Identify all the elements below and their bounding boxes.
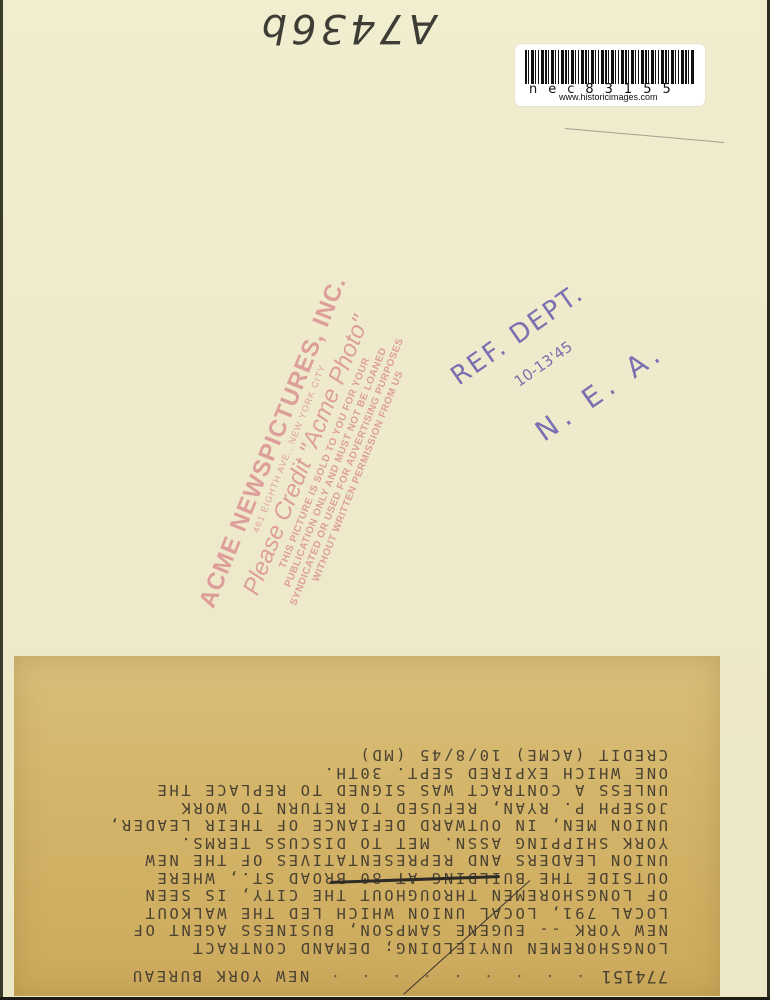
barcode-url: www.historicimages.com	[559, 92, 658, 102]
caption-header: 774151 · · · · · · · · · NEW YORK BUREAU	[48, 966, 668, 986]
caption-line: CREDIT (ACME) 10/8/45 (MD)	[48, 746, 668, 764]
barcode-icon	[525, 50, 695, 84]
caption-line: YORK SHIPPING ASSN. MET TO DISCUSS TERMS…	[48, 834, 668, 852]
pencil-line	[565, 128, 724, 143]
caption-line: JOSEPH P. RYAN, REFUSED TO RETURN TO WOR…	[48, 799, 668, 817]
caption-line: LOCAL 791, LOCAL UNION WHICH LED THE WAL…	[48, 904, 668, 922]
caption-line: LONGSHOREMEN UNYIELDING; DEMAND CONTRACT	[48, 939, 668, 957]
photo-back-paper: A7436b nec83155 www.historicimages.com A…	[0, 0, 770, 1000]
handwritten-id: A7436b	[252, 4, 442, 52]
caption-line: ONE WHICH EXPIRED SEPT. 30TH.	[48, 764, 668, 782]
caption-dots: · · · · · · · · ·	[309, 967, 600, 985]
caption-line: NEW YORK -- EUGENE SAMPSON, BUSINESS AGE…	[48, 921, 668, 939]
caption-body: LONGSHOREMEN UNYIELDING; DEMAND CONTRACT…	[48, 746, 668, 956]
ref-dept-stamp: REF. DEPT. 10-13'45 N. E. A.	[440, 270, 680, 440]
caption-sheet: 774151 · · · · · · · · · NEW YORK BUREAU…	[14, 656, 720, 996]
caption-bureau: NEW YORK BUREAU	[130, 967, 309, 985]
caption-line: OF LONGSHOREMEN THROUGHOUT THE CITY, IS …	[48, 886, 668, 904]
caption-line: OUTSIDE THE BUILDING AT 80 BROAD ST., WH…	[48, 869, 668, 887]
barcode-label: nec83155 www.historicimages.com	[515, 44, 705, 106]
caption-line: UNION LEADERS AND REPRESENTATIVES OF THE…	[48, 851, 668, 869]
caption-line: UNLESS A CONTRACT WAS SIGNED TO REPLACE …	[48, 781, 668, 799]
caption-line: UNION MEN, IN OUTWARD DEFIANCE OF THEIR …	[48, 816, 668, 834]
caption-number: 774151	[601, 966, 668, 986]
acme-credit-stamp: ACME NEWSPICTURES, INC. 461 EIGHTH AVE.,…	[193, 270, 467, 660]
left-edge	[0, 0, 3, 1000]
caption-upside-down: 774151 · · · · · · · · · NEW YORK BUREAU…	[14, 656, 720, 996]
